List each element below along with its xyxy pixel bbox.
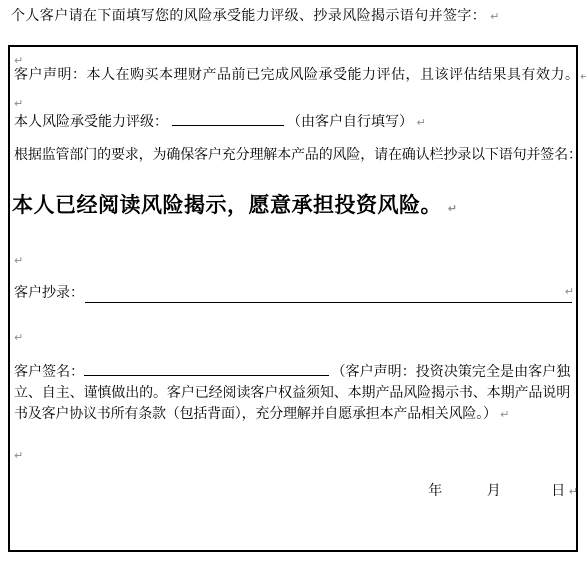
client-statement-line: 客户声明：本人在购买本理财产品前已完成风险承受能力评估，且该评估结果具有效力。 xyxy=(14,67,580,85)
risk-disclosure-line: 本人已经阅读风险揭示，愿意承担投资风险。 ↵ xyxy=(12,192,457,218)
risk-disclosure-sentence: 本人已经阅读风险揭示，愿意承担投资风险。 xyxy=(12,193,442,217)
document-page: 个人客户请在下面填写您的风险承受能力评级、抄录风险揭示语句并签字： ↵ ↵ ↵ … xyxy=(0,0,586,561)
rating-value-field[interactable] xyxy=(172,111,284,126)
paragraph-mark-icon: ↵ xyxy=(565,285,574,299)
empty-paragraph: ↵ xyxy=(14,447,23,465)
copy-line: 客户抄录： ↵ xyxy=(14,285,572,303)
paragraph-mark-icon: ↵ xyxy=(14,254,23,267)
paragraph-mark-icon: ↵ xyxy=(14,449,23,462)
empty-paragraph: ↵ xyxy=(14,252,23,270)
rating-label: 本人风险承受能力评级： xyxy=(14,115,168,130)
cell-end-mark-icon: ↵ xyxy=(580,70,586,84)
empty-paragraph: ↵ xyxy=(14,329,23,347)
paragraph-mark-icon: ↵ xyxy=(569,485,578,498)
declaration-box: ↵ 客户声明：本人在购买本理财产品前已完成风险承受能力评估，且该评估结果具有效力… xyxy=(8,45,578,552)
signature-paragraph: 客户签名：（客户声明：投资决策完全是由客户独立、自主、谨慎做出的。客户已经阅读客… xyxy=(14,361,570,425)
rating-line: 本人风险承受能力评级： （由客户自行填写） ↵ xyxy=(14,111,426,132)
paragraph-mark-icon: ↵ xyxy=(14,97,23,110)
paragraph-mark-icon: ↵ xyxy=(417,116,426,129)
rating-fill-hint: （由客户自行填写） xyxy=(287,115,413,130)
instruction-line: 个人客户请在下面填写您的风险承受能力评级、抄录风险揭示语句并签字： ↵ xyxy=(11,8,500,26)
client-statement-text: 客户声明：本人在购买本理财产品前已完成风险承受能力评估，且该评估结果具有效力。 xyxy=(14,68,580,83)
paragraph-mark-icon: ↵ xyxy=(500,408,509,421)
paragraph-mark-icon: ↵ xyxy=(14,331,23,344)
paragraph-mark-icon: ↵ xyxy=(448,202,458,215)
date-year-label: 年 xyxy=(428,484,442,499)
signature-label: 客户签名： xyxy=(14,365,84,380)
copy-value-field[interactable] xyxy=(85,288,572,303)
date-day-label: 日 xyxy=(551,484,565,499)
paragraph-mark-icon: ↵ xyxy=(490,10,500,23)
regulator-note-text: 根据监管部门的要求，为确保客户充分理解本产品的风险，请在确认栏抄录以下语句并签名… xyxy=(14,148,582,163)
date-line: 年 月 日 ↵ xyxy=(14,483,578,501)
signature-value-field[interactable] xyxy=(84,361,329,376)
instruction-text: 个人客户请在下面填写您的风险承受能力评级、抄录风险揭示语句并签字： xyxy=(11,9,486,24)
date-month-label: 月 xyxy=(487,484,501,499)
copy-label: 客户抄录： xyxy=(14,285,84,303)
paragraph-mark-icon: ↵ xyxy=(14,54,23,67)
regulator-note-line: 根据监管部门的要求，为确保客户充分理解本产品的风险，请在确认栏抄录以下语句并签名… xyxy=(14,147,586,165)
